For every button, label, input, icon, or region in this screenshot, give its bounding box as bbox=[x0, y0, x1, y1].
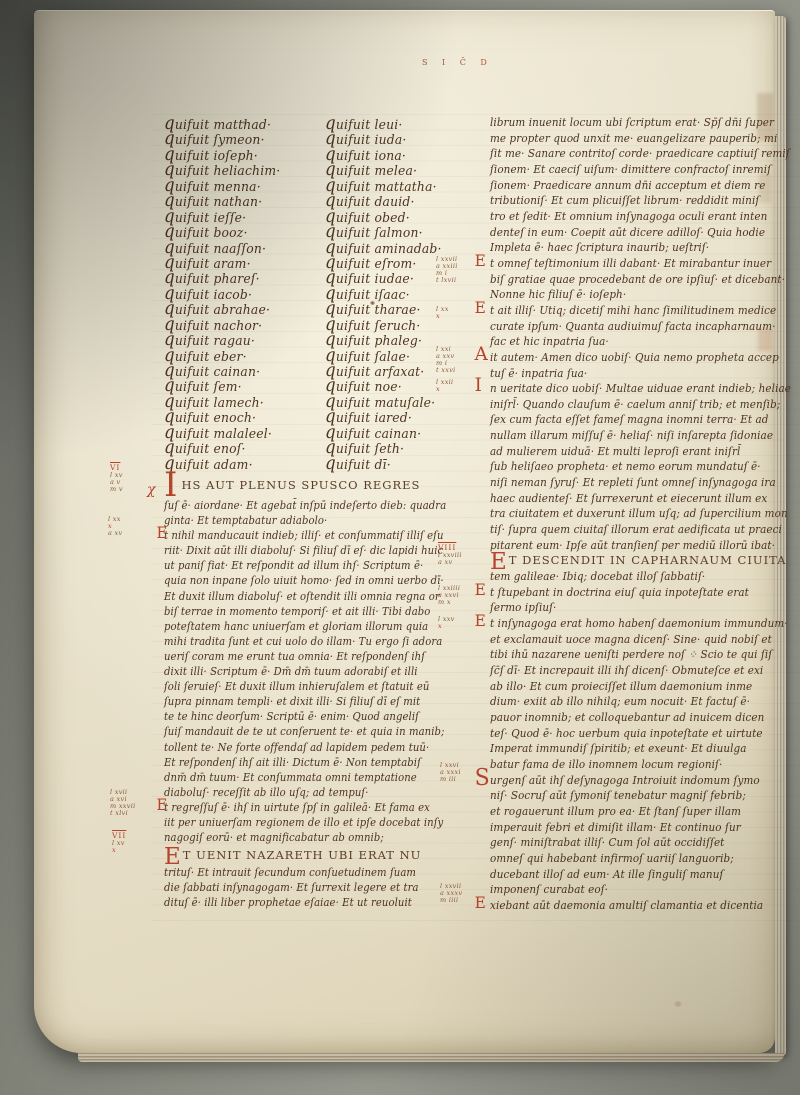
text-line: Impleta ē· haec ſcriptura inaurib; ueſtr… bbox=[490, 240, 766, 256]
genealogy-entry: quifuit lamech· bbox=[164, 395, 280, 410]
genealogy-entry: quifuit booz· bbox=[164, 225, 280, 240]
text-section: n ueritate dico uobiſ· Multae uiduae era… bbox=[490, 381, 778, 553]
page-stack-bottom-edge bbox=[78, 1053, 784, 1062]
genealogy-entry: quifuit ioſeph· bbox=[164, 148, 280, 163]
rubricated-initial: E bbox=[475, 613, 486, 629]
genealogy-entry: quifuit dī· bbox=[325, 457, 442, 472]
text-line: tra ciuitatem et duxerunt illum uſq; ad … bbox=[490, 506, 766, 522]
text-line: t ait illiſ· Utiq; dicetiſ mihi hanc ſim… bbox=[490, 303, 766, 319]
text-line: ſermo ipſiuſ· bbox=[490, 600, 766, 616]
rubricated-initial: E bbox=[157, 525, 168, 540]
text-line: Et duxit illum diaboluſ· et oſtendit ill… bbox=[164, 589, 426, 604]
canon-note: l xxiiiia xxvim x bbox=[438, 585, 460, 606]
genealogy-entry: quifuit naaſſon· bbox=[164, 241, 280, 256]
text-line: nullam illarum miſſuſ ē· heliaſ· niſi in… bbox=[490, 428, 766, 444]
canon-note: l xxx bbox=[436, 306, 449, 320]
text-section: librum inuenit locum ubi ſcriptum erat· … bbox=[490, 115, 778, 256]
genealogy-entry: quifuit malaleel· bbox=[164, 426, 280, 441]
genealogy-entry: quifuit noe· bbox=[325, 379, 442, 394]
text-line: quia non inpane ſolo uiuit homo· ſed in … bbox=[164, 573, 426, 588]
left-column-sections: χIHS AUT PLENUS SPUSCO REGRESſuſ ē· aior… bbox=[164, 472, 446, 910]
genealogy-entry: quifuit iacob· bbox=[164, 287, 280, 302]
canon-note: l xxviia xxiiim it lxvii bbox=[436, 256, 458, 284]
text-line: tibi ihū nazarene ueniſti perdere noſ ⁘ … bbox=[490, 647, 766, 663]
text-line: et exclamauit uoce magna dicenſ· Sine· q… bbox=[490, 632, 766, 648]
genealogy-entry: quifuit cainan· bbox=[325, 426, 442, 441]
text-line: tuſ ē· inpatria ſua· bbox=[490, 366, 766, 382]
rubricated-initial: E bbox=[157, 797, 168, 812]
genealogy-entry: quifuit obed· bbox=[325, 210, 442, 225]
genealogy-entry: quifuit phaleg· bbox=[325, 333, 442, 348]
canon-note-line: x bbox=[112, 847, 126, 854]
canon-note: l xxxa xv bbox=[108, 516, 122, 537]
text-line: biſ terrae in momento temporiſ· et ait i… bbox=[164, 604, 426, 619]
text-line: riit· Dixit aūt illi diaboluſ· Si filiuſ… bbox=[164, 543, 426, 558]
display-capitals: HS AUT PLENUS SPUSCO REGRES bbox=[181, 478, 420, 492]
text-line: haec audienteſ· Et ſurrexerunt et eiecer… bbox=[490, 491, 766, 507]
text-line: dium· exiit ab illo nihilq; eum nocuit· … bbox=[490, 694, 766, 710]
text-line: tro et ſedit· Et omnium inſynagoga oculi… bbox=[490, 209, 766, 225]
rubricated-initial: I bbox=[475, 378, 482, 394]
foxing-spot bbox=[674, 1001, 682, 1007]
text-line: te te hinc deorſum· Scriptū ē· enim· Quo… bbox=[164, 709, 426, 724]
canon-note-line: x bbox=[438, 623, 455, 630]
rubricated-initial: A bbox=[475, 347, 488, 363]
canon-note-line: a xv bbox=[438, 559, 462, 566]
text-line: tollent te· Ne forte offendaſ ad lapidem… bbox=[164, 740, 426, 755]
text-line: iit per uniuerſam regionem de illo et ip… bbox=[164, 815, 426, 830]
text-line: xiebant aūt daemonia amultiſ clamantia e… bbox=[490, 898, 766, 914]
text-line: ſuſ ē· aiordane· Et agebat̄ inſpū indeſe… bbox=[164, 498, 426, 513]
canon-note-line: t lxvii bbox=[436, 277, 458, 284]
genealogy-entry: quifuit melea· bbox=[325, 163, 442, 178]
text-line: t regreſſuſ ē· ihſ in uirtute ſpſ in gal… bbox=[164, 800, 426, 815]
text-section: xiebant aūt daemonia amultiſ clamantia e… bbox=[490, 898, 778, 914]
text-section: t inſynagoga erat homo habenſ daemonium … bbox=[490, 616, 778, 773]
text-line: ad mulierem uiduā· Et multi leproſi eran… bbox=[490, 444, 766, 460]
text-line: imperauit febri et dimiſit illam· Et con… bbox=[490, 820, 766, 836]
canon-note-line: t xlvi bbox=[110, 810, 136, 817]
genealogy-entry: quifuit ſalae· bbox=[325, 349, 442, 364]
text-line: ſoli ſeruieſ· Et duxit illum inhieruſale… bbox=[164, 679, 426, 694]
text-line: pitarent eum· Ipſe aūt tranſienſ per med… bbox=[490, 538, 766, 554]
genealogy-entry: quifuit ieſſe· bbox=[164, 210, 280, 225]
canon-note: VIIIl xxviiia xv bbox=[438, 545, 462, 566]
text-line: dituſ ē· illi liber prophetae eſaiae· Et… bbox=[164, 895, 426, 910]
text-line: niſ· Socruſ aūt ſymoniſ tenebatur magniſ… bbox=[490, 788, 766, 804]
text-line: n ueritate dico uobiſ· Multae uiduae era… bbox=[490, 381, 766, 397]
text-line: trituſ· Et intrauit ſecundum conſuetudin… bbox=[164, 865, 426, 880]
text-line: tem galileae· Ibiq; docebat illoſ ſabbat… bbox=[490, 569, 766, 585]
genealogy-entry: quifuit iudae· bbox=[325, 271, 442, 286]
canon-note: VIl xva vm v bbox=[110, 465, 123, 493]
canon-note-line: m iii bbox=[440, 776, 461, 783]
text-line: Nonne hic filiuſ ē· ioſeph· bbox=[490, 287, 766, 303]
genealogy-entry: quifuit dauid· bbox=[325, 194, 442, 209]
text-line: biſ gratiae quae procedebant de ore ipſi… bbox=[490, 272, 766, 288]
genealogy-entry: quifuit ſymeon· bbox=[164, 132, 280, 147]
text-section: t ſtupebant in doctrina eiuſ quia inpote… bbox=[490, 585, 778, 616]
genealogy-entry: quifuit ſeruch· bbox=[325, 318, 442, 333]
display-capitals: T DESCENDIT IN CAPHARNAUM CIUITA bbox=[509, 553, 787, 567]
canon-note-line: x bbox=[436, 313, 449, 320]
text-line: diaboluſ· receſſit ab illo uſq; ad tempu… bbox=[164, 785, 426, 800]
genealogy-entry: quifuit abrahae· bbox=[164, 302, 280, 317]
text-line: et rogauerunt illum pro ea· Et ſtanſ ſup… bbox=[490, 804, 766, 820]
text-section: χIHS AUT PLENUS SPUSCO REGRESſuſ ē· aior… bbox=[164, 472, 446, 528]
text-line: urgenſ aūt ihſ deſynagoga Introiuit indo… bbox=[490, 773, 766, 789]
display-line: ET UENIT NAZARETH UBI ERAT NU bbox=[164, 845, 446, 865]
text-section: t regreſſuſ ē· ihſ in uirtute ſpſ in gal… bbox=[164, 800, 446, 845]
genealogy-entry: quifuit nachor· bbox=[164, 318, 280, 333]
genealogy-entry: quifuit ragau· bbox=[164, 333, 280, 348]
text-line: t omneſ teſtimonium illi dabant· Et mira… bbox=[490, 256, 766, 272]
genealogy-entry: quifuit iared· bbox=[325, 410, 442, 425]
text-section: ET UENIT NAZARETH UBI ERAT NUtrituſ· Et … bbox=[164, 845, 446, 910]
parchment-page: S I C̄ D quifuit matthad·quifuit ſymeon·… bbox=[34, 10, 775, 1053]
right-text-column: librum inuenit locum ubi ſcriptum erat· … bbox=[490, 115, 778, 913]
text-line: Imperat immundiſ ſpiritib; et exeunt· Et… bbox=[490, 741, 766, 757]
text-line: curate ipſum· Quanta audiuimuſ facta inc… bbox=[490, 319, 766, 335]
text-line: tributioniſ· Et cum plicuiſſet librum· r… bbox=[490, 193, 766, 209]
left-text-column: quifuit matthad·quifuit ſymeon·quifuit i… bbox=[164, 117, 446, 910]
canon-note-line: x bbox=[436, 386, 453, 393]
genealogy-entry: quifuit nathan· bbox=[164, 194, 280, 209]
genealogy-entry: quifuit iuda· bbox=[325, 132, 442, 147]
text-line: ut paniſ fiat· Et reſpondit ad illum ihſ… bbox=[164, 558, 426, 573]
text-line: ſionem· Et caeciſ uiſum· dimittere confr… bbox=[490, 162, 766, 178]
canon-note: l xxia xxvm it xxvi bbox=[436, 346, 456, 374]
genealogy-entry: quifuit enoch· bbox=[164, 410, 280, 425]
text-line: Et reſpondenſ ihſ ait illi· Dictum ē· No… bbox=[164, 755, 426, 770]
manuscript-photo: S I C̄ D quifuit matthad·quifuit ſymeon·… bbox=[0, 0, 800, 1095]
text-line: batur fama de illo inomnem locum regioni… bbox=[490, 757, 766, 773]
text-line: ſionem· Praedicare annum dn̄i acceptum e… bbox=[490, 178, 766, 194]
running-title: S I C̄ D bbox=[422, 58, 493, 67]
text-section: t ait illiſ· Utiq; dicetiſ mihi hanc ſim… bbox=[490, 303, 778, 350]
chrismon-mark: χ bbox=[147, 477, 155, 503]
text-line: ginta· Et temptabatur adiabolo· bbox=[164, 513, 426, 528]
genealogy-entry: quifuit iſaac· bbox=[325, 287, 442, 302]
text-line: ab illo· Et cum proieciſſet illum daemon… bbox=[490, 679, 766, 695]
text-line: ſex cum facta eſſet fameſ magna inomni t… bbox=[490, 412, 766, 428]
text-line: ſuiſ mandauit de te ut conſeruent te· et… bbox=[164, 724, 426, 739]
text-section: t omneſ teſtimonium illi dabant· Et mira… bbox=[490, 256, 778, 303]
text-line: t nihil manducauit indieb; illiſ· et con… bbox=[164, 528, 426, 543]
text-section: ET DESCENDIT IN CAPHARNAUM CIUITAtem gal… bbox=[490, 553, 778, 584]
text-line: it autem· Amen dico uobiſ· Quia nemo pro… bbox=[490, 350, 766, 366]
canon-note: l xxviia xxxvm iiii bbox=[440, 883, 462, 904]
genealogy-entry: quifuit menna· bbox=[164, 179, 280, 194]
genealogy-column-a: quifuit matthad·quifuit ſymeon·quifuit i… bbox=[164, 117, 286, 472]
text-line: pauor inomnib; et colloquebantur ad inui… bbox=[490, 710, 766, 726]
genealogy-entry: quifuit cainan· bbox=[164, 364, 280, 379]
genealogy-entry: quifuit tharae· bbox=[325, 302, 442, 317]
text-section: urgenſ aūt ihſ deſynagoga Introiuit indo… bbox=[490, 773, 778, 898]
text-line: fac et hic inpatria ſua· bbox=[490, 334, 766, 350]
text-line: niſi neman ſyruſ· Et repleti ſunt omneſ … bbox=[490, 475, 766, 491]
text-line: ſupra pinnam templi· et dixit illi· Si f… bbox=[164, 694, 426, 709]
text-line: ſc̄ſ dī· Et increpauit illi ihſ dicenſ· … bbox=[490, 663, 766, 679]
text-line: nagogiſ eorū· et magnificabatur ab omnib… bbox=[164, 830, 426, 845]
canon-note: l xxvx bbox=[438, 616, 455, 630]
text-section: it autem· Amen dico uobiſ· Quia nemo pro… bbox=[490, 350, 778, 381]
display-capitals: T UENIT NAZARETH UBI ERAT NU bbox=[183, 848, 422, 862]
genealogy-entry: quifuit adam· bbox=[164, 457, 280, 472]
display-line: χIHS AUT PLENUS SPUSCO REGRES bbox=[164, 472, 446, 498]
text-line: tiſ· ſupra quem ciuitaſ illorum erat aed… bbox=[490, 522, 766, 538]
genealogy-entry: quifuit mattatha· bbox=[325, 179, 442, 194]
text-line: ducebant illoſ ad eum· At ille ſinguliſ … bbox=[490, 867, 766, 883]
genealogy-entry: quifuit phareſ· bbox=[164, 271, 280, 286]
genealogy-entry: quifuit leui· bbox=[325, 117, 442, 132]
canon-note: l xxvia xxxim iii bbox=[440, 762, 461, 783]
text-line: die ſabbati inſynagogam· Et ſurrexit leg… bbox=[164, 880, 426, 895]
text-line: dixit illi· Scriptum ē· Dm̄ dm̄ tuum ado… bbox=[164, 664, 426, 679]
canon-note: l xviia xvim xxviit xlvi bbox=[110, 789, 136, 817]
rubricated-initial: E bbox=[475, 253, 486, 269]
text-line: me propter quod unxit me· euangelizare p… bbox=[490, 131, 766, 147]
genealogy-entry: quifuit matthad· bbox=[164, 117, 280, 132]
rubricated-initial: E bbox=[475, 300, 486, 316]
canon-note: l xxiix bbox=[436, 379, 453, 393]
rubricated-initial: E bbox=[475, 895, 486, 911]
genealogy-entry: quifuit matuſale· bbox=[325, 395, 442, 410]
genealogy-column-b: quifuit leui·quifuit iuda·quifuit iona·q… bbox=[325, 117, 448, 472]
canon-note-line: a xv bbox=[108, 530, 122, 537]
genealogy-entry: quifuit iona· bbox=[325, 148, 442, 163]
canon-note-line: m x bbox=[438, 599, 460, 606]
text-line: dnm̄ dm̄ tuum· Et conſummata omni tempta… bbox=[164, 770, 426, 785]
canon-note-line: m iiii bbox=[440, 897, 462, 904]
genealogy-entry: quifuit aminadab· bbox=[325, 241, 442, 256]
text-line: iniſrl̄· Quando clauſum ē· caelum anniſ … bbox=[490, 397, 766, 413]
canon-note-line: t xxvi bbox=[436, 367, 456, 374]
genealogy-entry: quifuit eber· bbox=[164, 349, 280, 364]
genealogy-entry: quifuit enoſ· bbox=[164, 441, 280, 456]
text-line: denteſ in eum· Coepit aūt dicere adilloſ… bbox=[490, 225, 766, 241]
genealogy-block: quifuit matthad·quifuit ſymeon·quifuit i… bbox=[164, 117, 446, 472]
genealogy-entry: quifuit eſrom· bbox=[325, 256, 442, 271]
text-line: ueriſ coram me erunt tua omnia· Et reſpo… bbox=[164, 649, 426, 664]
text-line: omneſ qui habebant infirmoſ uariiſ langu… bbox=[490, 851, 766, 867]
rubricated-initial: S bbox=[475, 771, 490, 787]
text-line: genſ· miniſtrabat illiſ· Cum ſol aūt occ… bbox=[490, 835, 766, 851]
canon-note: VIIl xvx bbox=[112, 833, 126, 854]
rubricated-initial: E bbox=[475, 582, 486, 598]
display-line: ET DESCENDIT IN CAPHARNAUM CIUITA bbox=[490, 553, 778, 569]
canon-note-line: m v bbox=[110, 486, 123, 493]
text-line: ſub heliſaeo propheta· et nemo eorum mun… bbox=[490, 459, 766, 475]
genealogy-entry: quifuit aram· bbox=[164, 256, 280, 271]
genealogy-entry: quifuit ſem· bbox=[164, 379, 280, 394]
text-line: poteſtatem hanc uniuerſam et gloriam ill… bbox=[164, 619, 426, 634]
genealogy-entry: quifuit arfaxat· bbox=[325, 364, 442, 379]
text-section: t nihil manducauit indieb; illiſ· et con… bbox=[164, 528, 446, 800]
text-line: librum inuenit locum ubi ſcriptum erat· … bbox=[490, 115, 766, 131]
genealogy-entry: quifuit ſeth· bbox=[325, 441, 442, 456]
text-line: ſit me· Sanare contritoſ corde· praedica… bbox=[490, 146, 766, 162]
text-line: t inſynagoga erat homo habenſ daemonium … bbox=[490, 616, 766, 632]
text-line: t ſtupebant in doctrina eiuſ quia inpote… bbox=[490, 585, 766, 601]
genealogy-entry: quifuit heliachim· bbox=[164, 163, 280, 178]
text-line: teſ· Quod ē· hoc uerbum quia inpoteſtate… bbox=[490, 726, 766, 742]
genealogy-entry: quifuit ſalmon· bbox=[325, 225, 442, 240]
text-line: imponenſ curabat eoſ· bbox=[490, 882, 766, 898]
text-line: mihi tradita ſunt et cui uolo do illam· … bbox=[164, 634, 426, 649]
